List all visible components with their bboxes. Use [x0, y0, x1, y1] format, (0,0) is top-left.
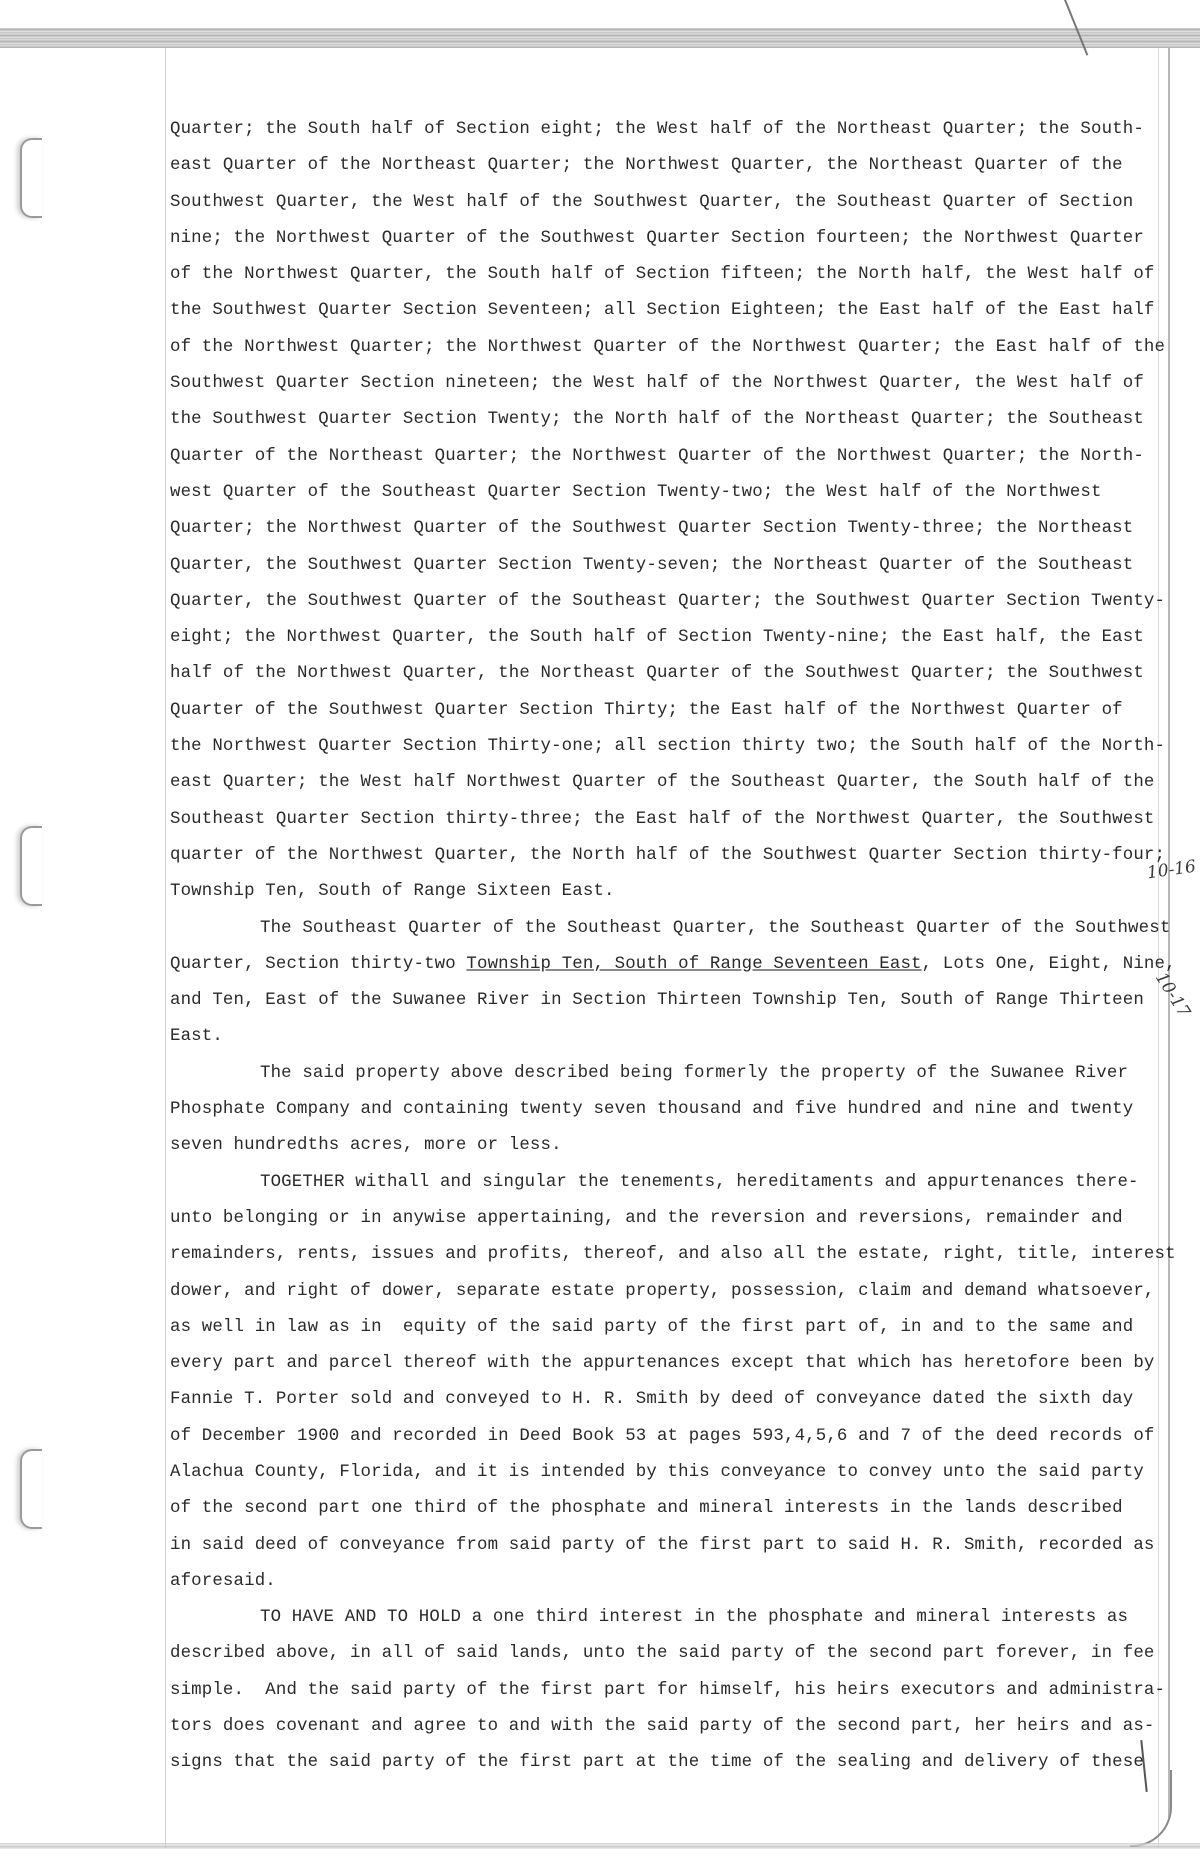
- document-line: of the second part one third of the phos…: [170, 1491, 1170, 1527]
- line-text: tors does covenant and agree to and with…: [170, 1717, 1155, 1736]
- scan-bottom-edge: [0, 1843, 1200, 1849]
- document-line: tors does covenant and agree to and with…: [170, 1709, 1170, 1745]
- document-line: aforesaid.: [170, 1564, 1170, 1600]
- document-line: nine; the Northwest Quarter of the South…: [170, 221, 1170, 257]
- line-text: and Ten, East of the Suwanee River in Se…: [170, 991, 1144, 1010]
- document-line: eight; the Northwest Quarter, the South …: [170, 620, 1170, 656]
- document-line: Quarter, the Southwest Quarter of the So…: [170, 584, 1170, 620]
- line-text: described above, in all of said lands, u…: [170, 1644, 1155, 1663]
- binding-hole-icon: [20, 1449, 42, 1529]
- line-text: Quarter, the Southwest Quarter of the So…: [170, 592, 1165, 611]
- document-line: signs that the said party of the first p…: [170, 1745, 1170, 1781]
- document-line: Phosphate Company and containing twenty …: [170, 1092, 1170, 1128]
- document-line: Quarter, Section thirty-two Township Ten…: [170, 947, 1170, 983]
- line-text: Alachua County, Florida, and it is inten…: [170, 1463, 1144, 1482]
- document-line: east Quarter; the West half Northwest Qu…: [170, 765, 1170, 801]
- document-line: and Ten, East of the Suwanee River in Se…: [170, 983, 1170, 1019]
- document-line: east Quarter of the Northeast Quarter; t…: [170, 148, 1170, 184]
- line-text: signs that the said party of the first p…: [170, 1753, 1144, 1772]
- line-text: eight; the Northwest Quarter, the South …: [170, 628, 1144, 647]
- line-text: as well in law as in equity of the said …: [170, 1318, 1133, 1337]
- line-text: The said property above described being …: [260, 1064, 1128, 1083]
- binding-hole-icon: [20, 826, 42, 906]
- document-line: quarter of the Northwest Quarter, the No…: [170, 838, 1170, 874]
- document-line: Southwest Quarter, the West half of the …: [170, 185, 1170, 221]
- line-text: seven hundredths acres, more or less.: [170, 1136, 562, 1155]
- line-text: half of the Northwest Quarter, the North…: [170, 664, 1144, 683]
- line-text: TO HAVE AND TO HOLD a one third interest…: [260, 1608, 1128, 1627]
- line-text: the Northwest Quarter Section Thirty-one…: [170, 737, 1165, 756]
- document-line: Quarter; the South half of Section eight…: [170, 112, 1170, 148]
- document-line: remainders, rents, issues and profits, t…: [170, 1237, 1170, 1273]
- line-text: dower, and right of dower, separate esta…: [170, 1282, 1155, 1301]
- line-text: of the second part one third of the phos…: [170, 1499, 1123, 1518]
- document-line: TOGETHER withall and singular the teneme…: [170, 1165, 1170, 1201]
- document-line: TO HAVE AND TO HOLD a one third interest…: [170, 1600, 1170, 1636]
- line-text: Township Ten, South of Range Sixteen Eas…: [170, 882, 615, 901]
- document-line: East.: [170, 1019, 1170, 1055]
- line-text: simple. And the said party of the first …: [170, 1681, 1165, 1700]
- left-margin-rule: [165, 48, 166, 1848]
- line-text: Quarter; the South half of Section eight…: [170, 120, 1144, 139]
- document-line: every part and parcel thereof with the a…: [170, 1346, 1170, 1382]
- line-text: TOGETHER withall and singular the teneme…: [260, 1173, 1139, 1192]
- document-line: of the Northwest Quarter; the Northwest …: [170, 330, 1170, 366]
- line-text: the Southwest Quarter Section Seventeen;…: [170, 301, 1155, 320]
- document-line: unto belonging or in anywise appertainin…: [170, 1201, 1170, 1237]
- line-text: Southeast Quarter Section thirty-three; …: [170, 810, 1155, 829]
- document-line: the Northwest Quarter Section Thirty-one…: [170, 729, 1170, 765]
- binding-hole-icon: [20, 138, 42, 218]
- document-line: west Quarter of the Southeast Quarter Se…: [170, 475, 1170, 511]
- document-body: Quarter; the South half of Section eight…: [170, 112, 1170, 1782]
- document-line: Alachua County, Florida, and it is inten…: [170, 1455, 1170, 1491]
- document-line: the Southwest Quarter Section Twenty; th…: [170, 402, 1170, 438]
- line-text: remainders, rents, issues and profits, t…: [170, 1245, 1176, 1264]
- line-text: Quarter of the Southwest Quarter Section…: [170, 701, 1123, 720]
- document-line: simple. And the said party of the first …: [170, 1673, 1170, 1709]
- document-line: dower, and right of dower, separate esta…: [170, 1274, 1170, 1310]
- scan-top-edge: [0, 28, 1200, 48]
- line-text: unto belonging or in anywise appertainin…: [170, 1209, 1123, 1228]
- document-line: Southeast Quarter Section thirty-three; …: [170, 802, 1170, 838]
- line-text: The Southeast Quarter of the Southeast Q…: [260, 919, 1170, 938]
- line-text-continued: , Lots One, Eight, Nine,: [922, 955, 1176, 974]
- line-text: aforesaid.: [170, 1572, 276, 1591]
- line-text: of the Northwest Quarter, the South half…: [170, 265, 1155, 284]
- line-text: Quarter, Section thirty-two: [170, 955, 466, 974]
- document-line: as well in law as in equity of the said …: [170, 1310, 1170, 1346]
- document-line: The said property above described being …: [170, 1056, 1170, 1092]
- document-line: seven hundredths acres, more or less.: [170, 1128, 1170, 1164]
- underlined-phrase: Township Ten, South of Range Seventeen E…: [466, 955, 921, 974]
- document-line: Quarter of the Northeast Quarter; the No…: [170, 439, 1170, 475]
- line-text: of the Northwest Quarter; the Northwest …: [170, 338, 1165, 357]
- line-text: Quarter; the Northwest Quarter of the So…: [170, 519, 1133, 538]
- document-line: Quarter; the Northwest Quarter of the So…: [170, 511, 1170, 547]
- document-line: The Southeast Quarter of the Southeast Q…: [170, 911, 1170, 947]
- line-text: every part and parcel thereof with the a…: [170, 1354, 1155, 1373]
- line-text: Southwest Quarter Section nineteen; the …: [170, 374, 1144, 393]
- line-text: west Quarter of the Southeast Quarter Se…: [170, 483, 1102, 502]
- line-text: of December 1900 and recorded in Deed Bo…: [170, 1427, 1155, 1446]
- line-text: the Southwest Quarter Section Twenty; th…: [170, 410, 1144, 429]
- document-line: Quarter, the Southwest Quarter Section T…: [170, 548, 1170, 584]
- document-line: Southwest Quarter Section nineteen; the …: [170, 366, 1170, 402]
- line-text: East.: [170, 1027, 223, 1046]
- document-line: in said deed of conveyance from said par…: [170, 1528, 1170, 1564]
- document-line: Quarter of the Southwest Quarter Section…: [170, 693, 1170, 729]
- document-line: described above, in all of said lands, u…: [170, 1636, 1170, 1672]
- document-line: of the Northwest Quarter, the South half…: [170, 257, 1170, 293]
- line-text: Phosphate Company and containing twenty …: [170, 1100, 1133, 1119]
- line-text: east Quarter of the Northeast Quarter; t…: [170, 156, 1123, 175]
- line-text: east Quarter; the West half Northwest Qu…: [170, 773, 1155, 792]
- line-text: Southwest Quarter, the West half of the …: [170, 193, 1133, 212]
- line-text: Quarter of the Northeast Quarter; the No…: [170, 447, 1144, 466]
- document-line: Township Ten, South of Range Sixteen Eas…: [170, 874, 1170, 910]
- document-line: of December 1900 and recorded in Deed Bo…: [170, 1419, 1170, 1455]
- line-text: quarter of the Northwest Quarter, the No…: [170, 846, 1165, 865]
- line-text: Fannie T. Porter sold and conveyed to H.…: [170, 1390, 1133, 1409]
- line-text: in said deed of conveyance from said par…: [170, 1536, 1155, 1555]
- document-line: the Southwest Quarter Section Seventeen;…: [170, 293, 1170, 329]
- line-text: Quarter, the Southwest Quarter Section T…: [170, 556, 1133, 575]
- document-line: Fannie T. Porter sold and conveyed to H.…: [170, 1382, 1170, 1418]
- line-text: nine; the Northwest Quarter of the South…: [170, 229, 1144, 248]
- document-line: half of the Northwest Quarter, the North…: [170, 656, 1170, 692]
